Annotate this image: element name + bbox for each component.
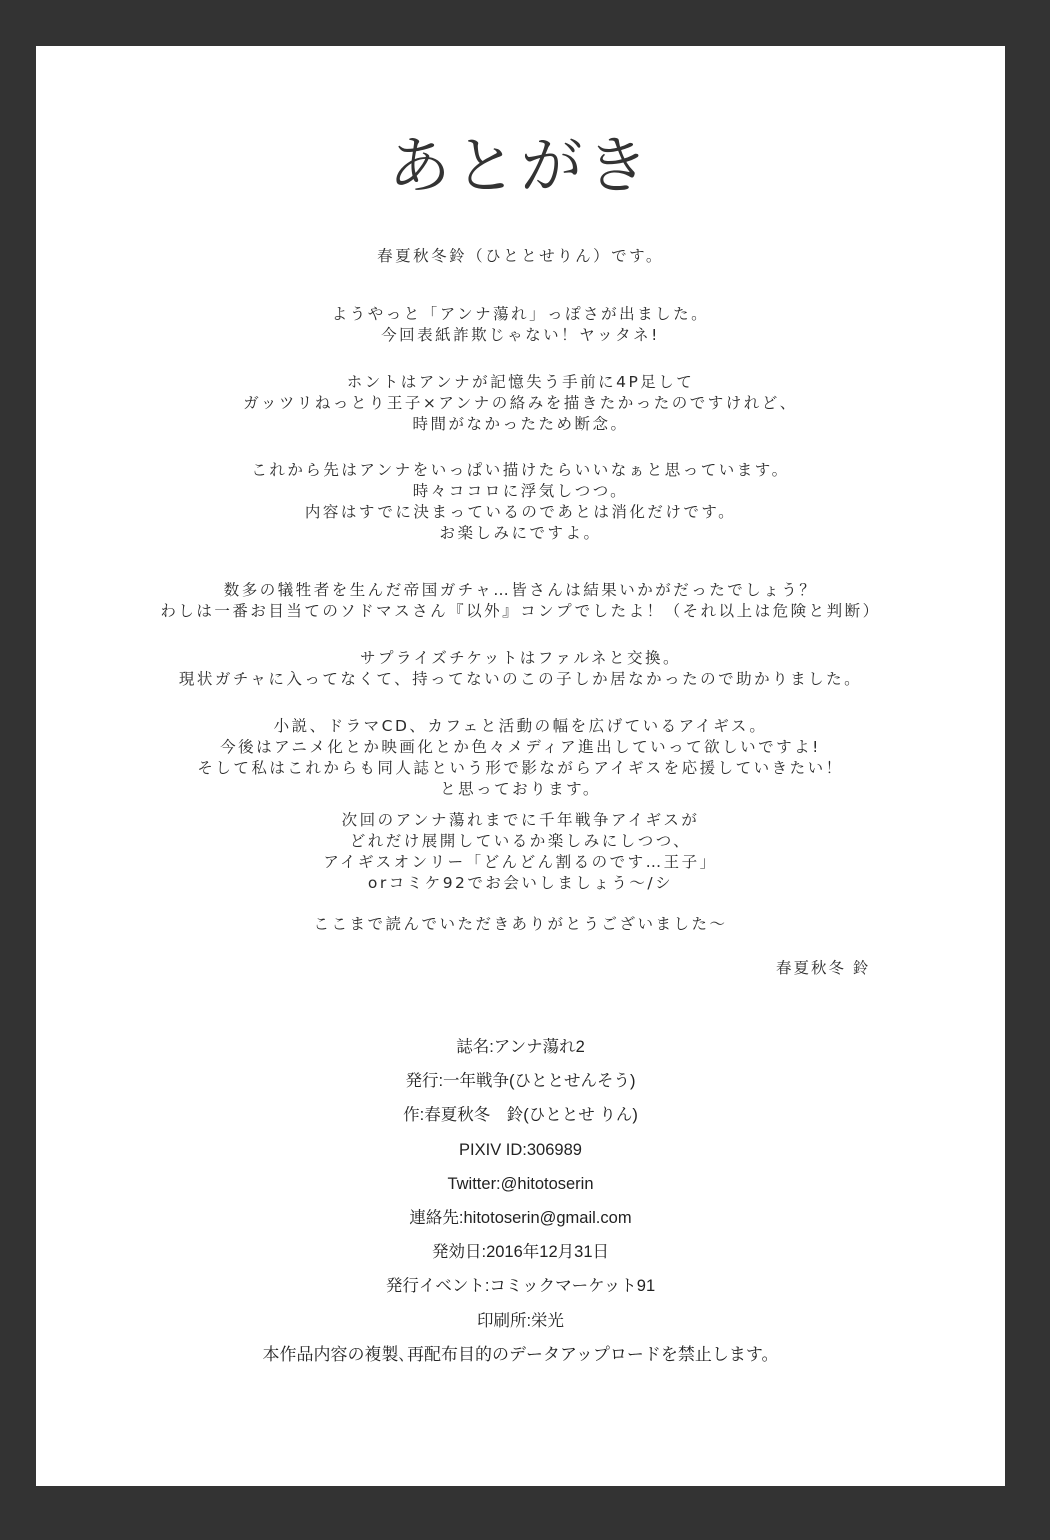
text-line: 現状ガチャに入ってなくて、持ってないのこの子しか居なかったので助かりました。 xyxy=(36,669,1005,690)
text-line: 時間がなかったため断念。 xyxy=(36,414,1005,435)
paragraph-ticket: サプライズチケットはファルネと交換。 現状ガチャに入ってなくて、持ってないのこの… xyxy=(36,648,1005,690)
text-line: 数多の犠牲者を生んだ帝国ガチャ…皆さんは結果いかがだったでしょう？ xyxy=(36,580,1005,601)
text-line: ここまで読んでいただきありがとうございました〜 xyxy=(36,914,1005,935)
afterword-page: あとがき 春夏秋冬鈴（ひととせりん）です。 ようやっと「アンナ蕩れ」っぽさが出ま… xyxy=(36,46,1005,1486)
text-line: わしは一番お目当てのソドマスさん『以外』コンプでしたよ！（それ以上は危険と判断） xyxy=(36,601,1005,622)
paragraph-thanks: ここまで読んでいただきありがとうございました〜 xyxy=(36,914,1005,935)
text-line: と思っております。 xyxy=(36,779,1005,800)
colophon-printer: 印刷所:栄光 xyxy=(36,1306,1005,1340)
text-line: 次回のアンナ蕩れまでに千年戦争アイギスが xyxy=(36,810,1005,831)
paragraph-next: 次回のアンナ蕩れまでに千年戦争アイギスが どれだけ展開しているか楽しみにしつつ、… xyxy=(36,810,1005,894)
colophon-author: 作:春夏秋冬 鈴(ひととせ りん) xyxy=(36,1100,1005,1134)
text-line: 春夏秋冬鈴（ひととせりん）です。 xyxy=(36,246,1005,267)
paragraph-aegis: 小説、ドラマCD、カフェと活動の幅を広げているアイギス。 今後はアニメ化とか映画… xyxy=(36,716,1005,800)
paragraph-intro: 春夏秋冬鈴（ひととせりん）です。 xyxy=(36,246,1005,267)
author-signature: 春夏秋冬 鈴 xyxy=(776,956,870,978)
text-line: ようやっと「アンナ蕩れ」っぽさが出ました。 xyxy=(36,304,1005,325)
colophon-contact: 連絡先:hitotoserin@gmail.com xyxy=(36,1203,1005,1237)
copyright-notice: 本作品内容の複製､再配布目的のデータアップロードを禁止します。 xyxy=(36,1340,1005,1374)
paragraph-gacha: 数多の犠牲者を生んだ帝国ガチャ…皆さんは結果いかがだったでしょう？ わしは一番お… xyxy=(36,580,1005,622)
text-line: どれだけ展開しているか楽しみにしつつ、 xyxy=(36,831,1005,852)
text-line: そして私はこれからも同人誌という形で影ながらアイギスを応援していきたい！ xyxy=(36,758,1005,779)
text-line: orコミケ92でお会いしましょう〜/シ xyxy=(36,873,1005,894)
text-line: 今回表紙詐欺じゃない！ヤッタネ! xyxy=(36,325,1005,346)
text-line: アイギスオンリー「どんどん割るのです…王子」 xyxy=(36,852,1005,873)
text-line: これから先はアンナをいっぱい描けたらいいなぁと思っています。 xyxy=(36,460,1005,481)
text-line: 内容はすでに決まっているのであとは消化だけです。 xyxy=(36,502,1005,523)
paragraph-future: これから先はアンナをいっぱい描けたらいいなぁと思っています。 時々ココロに浮気し… xyxy=(36,460,1005,544)
colophon-date: 発効日:2016年12月31日 xyxy=(36,1237,1005,1271)
paragraph-plan: ホントはアンナが記憶失う手前に4P足して ガッツリねっとり王子×アンナの絡みを描… xyxy=(36,372,1005,435)
colophon-publisher: 発行:一年戦争(ひととせんそう) xyxy=(36,1066,1005,1100)
colophon: 誌名:アンナ蕩れ2 発行:一年戦争(ひととせんそう) 作:春夏秋冬 鈴(ひととせ… xyxy=(36,1032,1005,1374)
colophon-pixiv: PIXIV ID:306989 xyxy=(36,1135,1005,1169)
text-line: 時々ココロに浮気しつつ。 xyxy=(36,481,1005,502)
text-line: お楽しみにですよ。 xyxy=(36,523,1005,544)
text-line: 今後はアニメ化とか映画化とか色々メディア進出していって欲しいですよ! xyxy=(36,737,1005,758)
colophon-event: 発行イベント:コミックマーケット91 xyxy=(36,1271,1005,1305)
text-line: 小説、ドラマCD、カフェと活動の幅を広げているアイギス。 xyxy=(36,716,1005,737)
colophon-twitter: Twitter:@hitotoserin xyxy=(36,1169,1005,1203)
colophon-title: 誌名:アンナ蕩れ2 xyxy=(36,1032,1005,1066)
text-line: ホントはアンナが記憶失う手前に4P足して xyxy=(36,372,1005,393)
page-title: あとがき xyxy=(36,116,1005,205)
text-line: サプライズチケットはファルネと交換。 xyxy=(36,648,1005,669)
text-line: ガッツリねっとり王子×アンナの絡みを描きたかったのですけれど、 xyxy=(36,393,1005,414)
paragraph-cover: ようやっと「アンナ蕩れ」っぽさが出ました。 今回表紙詐欺じゃない！ヤッタネ! xyxy=(36,304,1005,346)
